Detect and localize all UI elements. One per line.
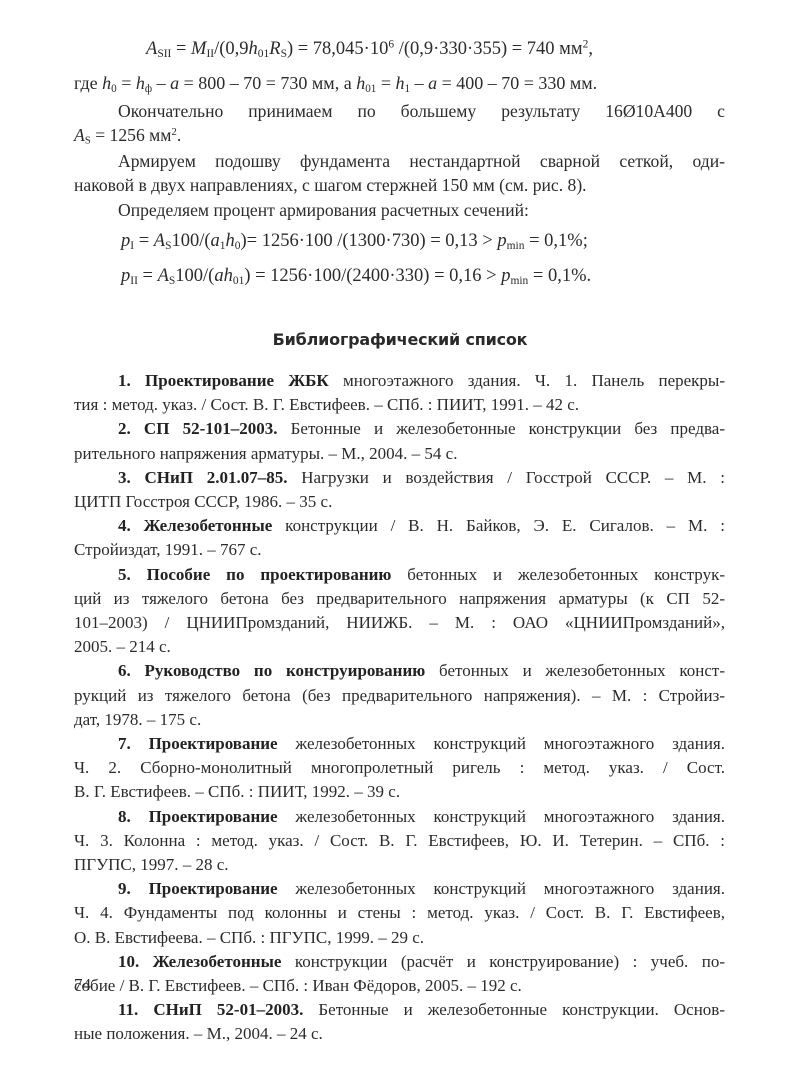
reinforce-line-1: Армируем подошву фундамента нестандартно… <box>118 150 725 172</box>
bib-entry-continuation: Стройиздат, 1991. – 767 с. <box>74 539 725 561</box>
bib-entry-text: Бетонные и железобетонные конструкции бе… <box>278 419 726 438</box>
bib-entry-continuation: В. Г. Евстифеев. – СПб. : ПИИТ, 1992. – … <box>74 781 725 803</box>
bib-entry-8: 8. Проектирование железобетонных констру… <box>118 806 725 828</box>
bib-entry-7: 7. Проектирование железобетонных констру… <box>118 733 725 755</box>
formula-p1: pI = AS100/(a1h0)= 1256·100 /(1300·730) … <box>121 230 772 252</box>
bib-entry-title: 2. СП 52-101–2003. <box>118 419 278 438</box>
bib-entry-continuation: Ч. 4. Фундаменты под колонны и стены : м… <box>74 902 725 924</box>
bib-entry-title: 3. СНиП 2.01.07–85. <box>118 468 288 487</box>
bib-entry-continuation: тия : метод. указ. / Сост. В. Г. Евстифе… <box>74 394 725 416</box>
bib-entry-continuation: Ч. 2. Сборно-монолитный многопролетный р… <box>74 757 725 779</box>
bib-entry-text: конструкции / В. Н. Байков, Э. Е. Сигало… <box>272 516 725 535</box>
document-page: ASII = MII/(0,9h01RS) = 78,045·106 /(0,9… <box>0 0 800 1067</box>
bib-entry-title: 4. Железобетонные <box>118 516 272 535</box>
bib-entry-text: Бетонные и железобетонные конструкции. О… <box>303 1000 725 1019</box>
bib-entry-title: 9. Проектирование <box>118 879 278 898</box>
bib-entry-4: 4. Железобетонные конструкции / В. Н. Ба… <box>118 515 725 537</box>
bib-entry-title: 6. Руководство по конструированию <box>118 661 425 680</box>
bib-entry-title: 8. Проектирование <box>118 807 278 826</box>
reinforce-line-2: наковой в двух направлениях, с шагом сте… <box>74 174 725 196</box>
bib-entry-text: железобетонных конструкций многоэтажного… <box>278 734 725 753</box>
formula-p2: pII = AS100/(ah01) = 1256·100/(2400·330)… <box>121 265 772 287</box>
bib-entry-continuation: ные положения. – М., 2004. – 24 с. <box>74 1023 725 1045</box>
bib-entry-text: железобетонных конструкций многоэтажного… <box>278 807 725 826</box>
bibliography-heading: Библиографический список <box>0 330 800 349</box>
bib-entry-title: 7. Проектирование <box>118 734 278 753</box>
bib-entry-continuation: ПГУПС, 1997. – 28 с. <box>74 854 725 876</box>
final-line-2: AS = 1256 мм2. <box>74 124 725 146</box>
formula-as2: ASII = MII/(0,9h01RS) = 78,045·106 /(0,9… <box>146 38 797 60</box>
bib-entry-title: 11. СНиП 52-01–2003. <box>118 1000 303 1019</box>
bib-entry-continuation: ций из тяжелого бетона без предварительн… <box>74 588 725 610</box>
bib-entry-text: бетонных и железобетонных конст- <box>425 661 725 680</box>
bib-entry-continuation: 101–2003) / ЦНИИПромзданий, НИИЖБ. – М. … <box>74 612 725 634</box>
bib-entry-continuation: дат, 1978. – 175 с. <box>74 709 725 731</box>
bib-entry-continuation: ЦИТП Госстроя СССР, 1986. – 35 с. <box>74 491 725 513</box>
where-line: где h0 = hф – a = 800 – 70 = 730 мм, а h… <box>74 72 725 94</box>
page-number: 74 <box>74 975 91 995</box>
final-line-1: Окончательно принимаем по большему резул… <box>118 100 725 122</box>
bib-entry-1: 1. Проектирование ЖБК многоэтажного здан… <box>118 370 725 392</box>
bib-entry-continuation: Ч. 3. Колонна : метод. указ. / Сост. В. … <box>74 830 725 852</box>
bib-entry-title: 10. Железобетонные <box>118 952 281 971</box>
bib-entry-continuation: рительного напряжения арматуры. – М., 20… <box>74 443 725 465</box>
bib-entry-text: железобетонных конструкций многоэтажного… <box>278 879 725 898</box>
bib-entry-text: бетонных и железобетонных конструк- <box>391 565 725 584</box>
percent-intro: Определяем процент армирования расчетных… <box>118 199 725 221</box>
bib-entry-text: многоэтажного здания. Ч. 1. Панель перек… <box>329 371 725 390</box>
bib-entry-continuation: 2005. – 214 с. <box>74 636 725 658</box>
bib-entry-continuation: собие / В. Г. Евстифеев. – СПб. : Иван Ф… <box>74 975 725 997</box>
bib-entry-5: 5. Пособие по проектированию бетонных и … <box>118 564 725 586</box>
bib-entry-2: 2. СП 52-101–2003. Бетонные и железобето… <box>118 418 725 440</box>
bib-entry-title: 1. Проектирование ЖБК <box>118 371 329 390</box>
bib-entry-continuation: рукций из тяжелого бетона (без предварит… <box>74 685 725 707</box>
bib-entry-text: конструкции (расчёт и конструирование) :… <box>281 952 725 971</box>
bib-entry-3: 3. СНиП 2.01.07–85. Нагрузки и воздейств… <box>118 467 725 489</box>
bib-entry-text: Нагрузки и воздействия / Госстрой СССР. … <box>288 468 725 487</box>
bib-entry-6: 6. Руководство по конструированию бетонн… <box>118 660 725 682</box>
bib-entry-title: 5. Пособие по проектированию <box>118 565 391 584</box>
bib-entry-9: 9. Проектирование железобетонных констру… <box>118 878 725 900</box>
bib-entry-10: 10. Железобетонные конструкции (расчёт и… <box>118 951 725 973</box>
bib-entry-11: 11. СНиП 52-01–2003. Бетонные и железобе… <box>118 999 725 1021</box>
bib-entry-continuation: О. В. Евстифеева. – СПб. : ПГУПС, 1999. … <box>74 927 725 949</box>
